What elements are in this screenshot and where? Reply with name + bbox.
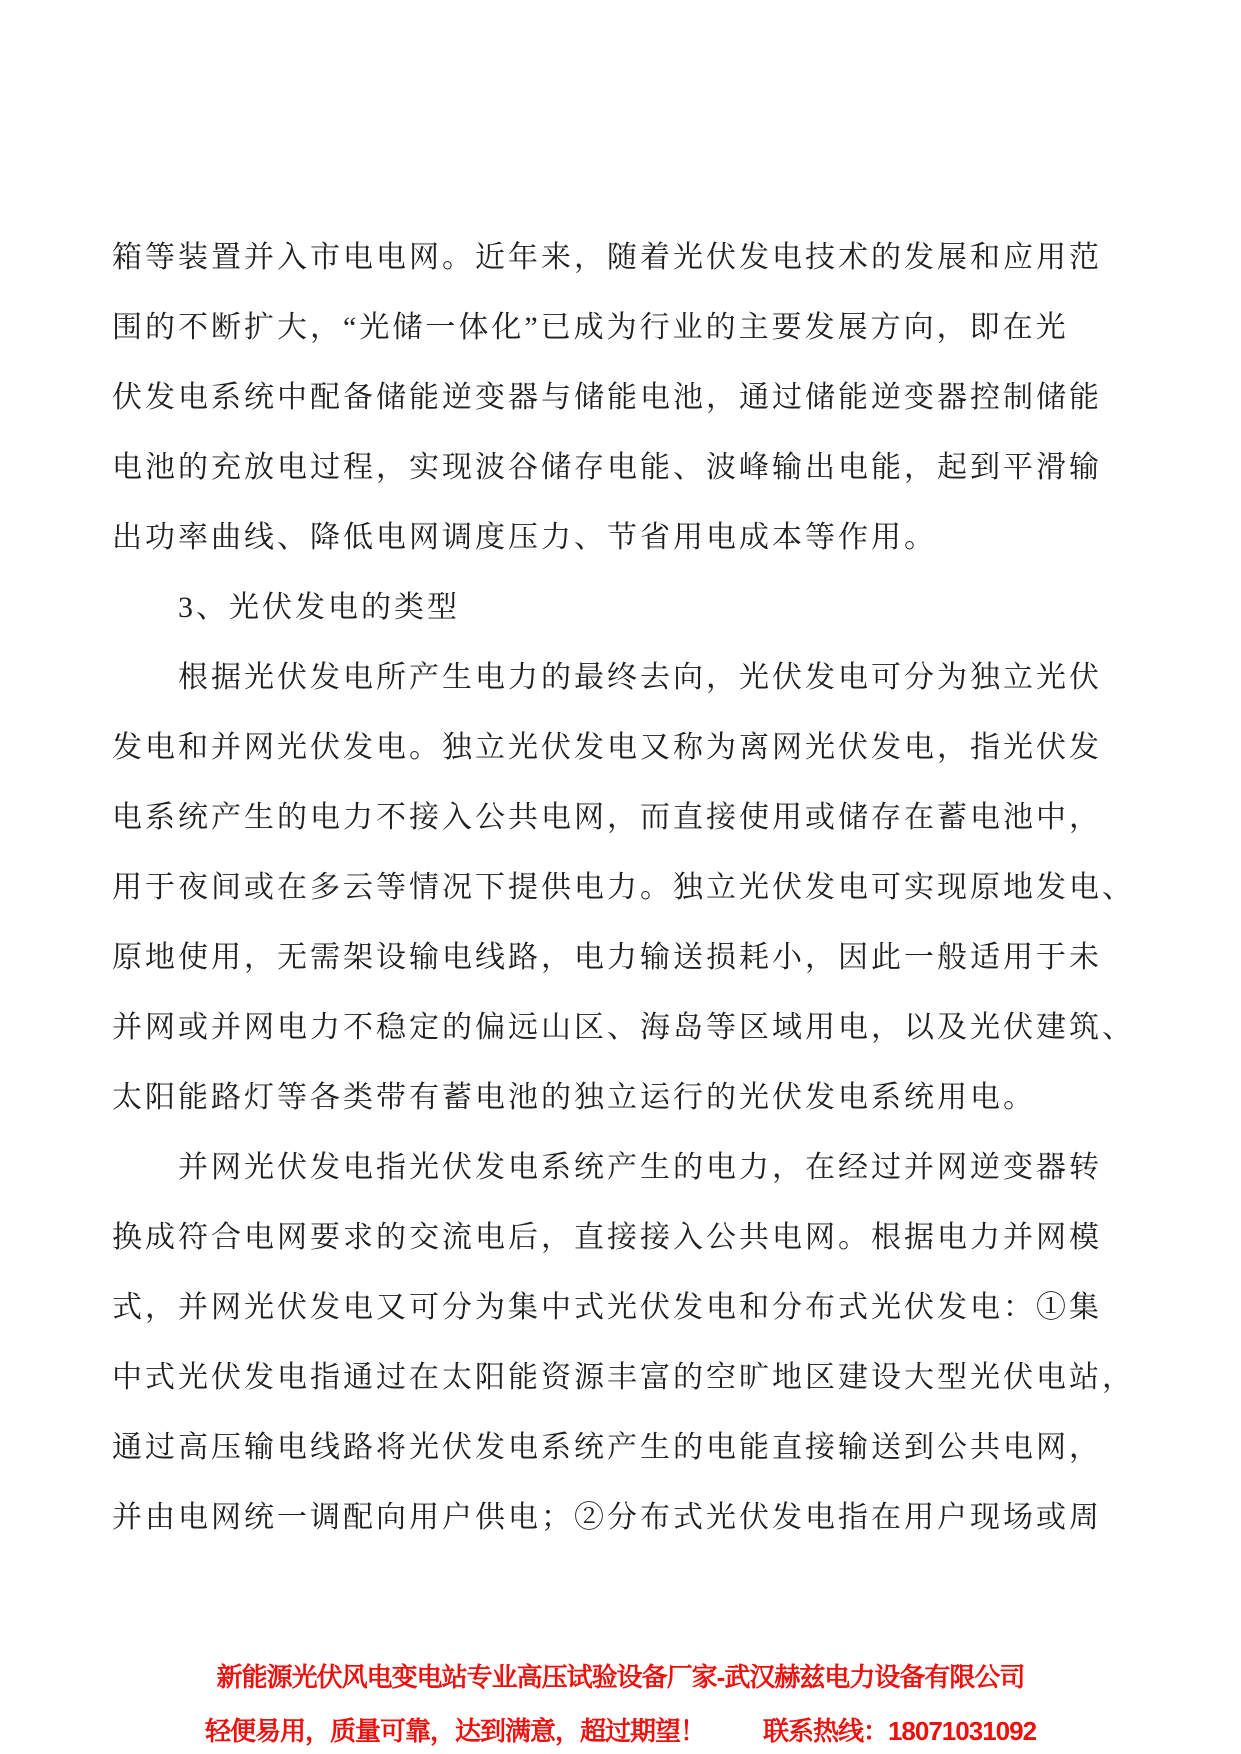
document-page: 箱等装置并入市电电网。近年来，随着光伏发电技术的发展和应用范 围的不断扩大，“光…	[0, 0, 1241, 1754]
text-line: 中式光伏发电指通过在太阳能资源丰富的空旷地区建设大型光伏电站，	[112, 1343, 1104, 1413]
text-line: 并由电网统一调配向用户供电；②分布式光伏发电指在用户现场或周	[112, 1483, 1104, 1553]
body-text: 箱等装置并入市电电网。近年来，随着光伏发电技术的发展和应用范 围的不断扩大，“光…	[112, 223, 1104, 1553]
text-line: 太阳能路灯等各类带有蓄电池的独立运行的光伏发电系统用电。	[112, 1063, 1104, 1133]
text-line: 电系统产生的电力不接入公共电网，而直接使用或储存在蓄电池中，	[112, 783, 1104, 853]
text-line: 并网或并网电力不稳定的偏远山区、海岛等区域用电，以及光伏建筑、	[112, 993, 1104, 1063]
footer-hotline: 联系热线：18071031092	[763, 1716, 1036, 1746]
section-heading: 3、光伏发电的类型	[112, 573, 1104, 643]
text-line: 式，并网光伏发电又可分为集中式光伏发电和分布式光伏发电：①集	[112, 1273, 1104, 1343]
text-line: 箱等装置并入市电电网。近年来，随着光伏发电技术的发展和应用范	[112, 223, 1104, 293]
text-line: 原地使用，无需架设输电线路，电力输送损耗小，因此一般适用于未	[112, 923, 1104, 993]
footer: 新能源光伏风电变电站专业高压试验设备厂家-武汉赫兹电力设备有限公司 轻便易用，质…	[0, 1650, 1241, 1754]
text-line: 并网光伏发电指光伏发电系统产生的电力，在经过并网逆变器转	[112, 1133, 1104, 1203]
text-line: 伏发电系统中配备储能逆变器与储能电池，通过储能逆变器控制储能	[112, 363, 1104, 433]
text-line: 发电和并网光伏发电。独立光伏发电又称为离网光伏发电，指光伏发	[112, 713, 1104, 783]
text-line: 通过高压输电线路将光伏发电系统产生的电能直接输送到公共电网，	[112, 1413, 1104, 1483]
footer-company-line: 新能源光伏风电变电站专业高压试验设备厂家-武汉赫兹电力设备有限公司	[0, 1650, 1241, 1704]
footer-contact-line: 轻便易用，质量可靠，达到满意，超过期望！联系热线：18071031092	[0, 1704, 1241, 1754]
text-line: 电池的充放电过程，实现波谷储存电能、波峰输出电能，起到平滑输	[112, 433, 1104, 503]
footer-slogan: 轻便易用，质量可靠，达到满意，超过期望！	[205, 1716, 705, 1746]
text-line: 换成符合电网要求的交流电后，直接接入公共电网。根据电力并网模	[112, 1203, 1104, 1273]
text-line: 用于夜间或在多云等情况下提供电力。独立光伏发电可实现原地发电、	[112, 853, 1104, 923]
text-line: 出功率曲线、降低电网调度压力、节省用电成本等作用。	[112, 503, 1104, 573]
text-line: 围的不断扩大，“光储一体化”已成为行业的主要发展方向，即在光	[112, 293, 1104, 363]
text-line: 根据光伏发电所产生电力的最终去向，光伏发电可分为独立光伏	[112, 643, 1104, 713]
